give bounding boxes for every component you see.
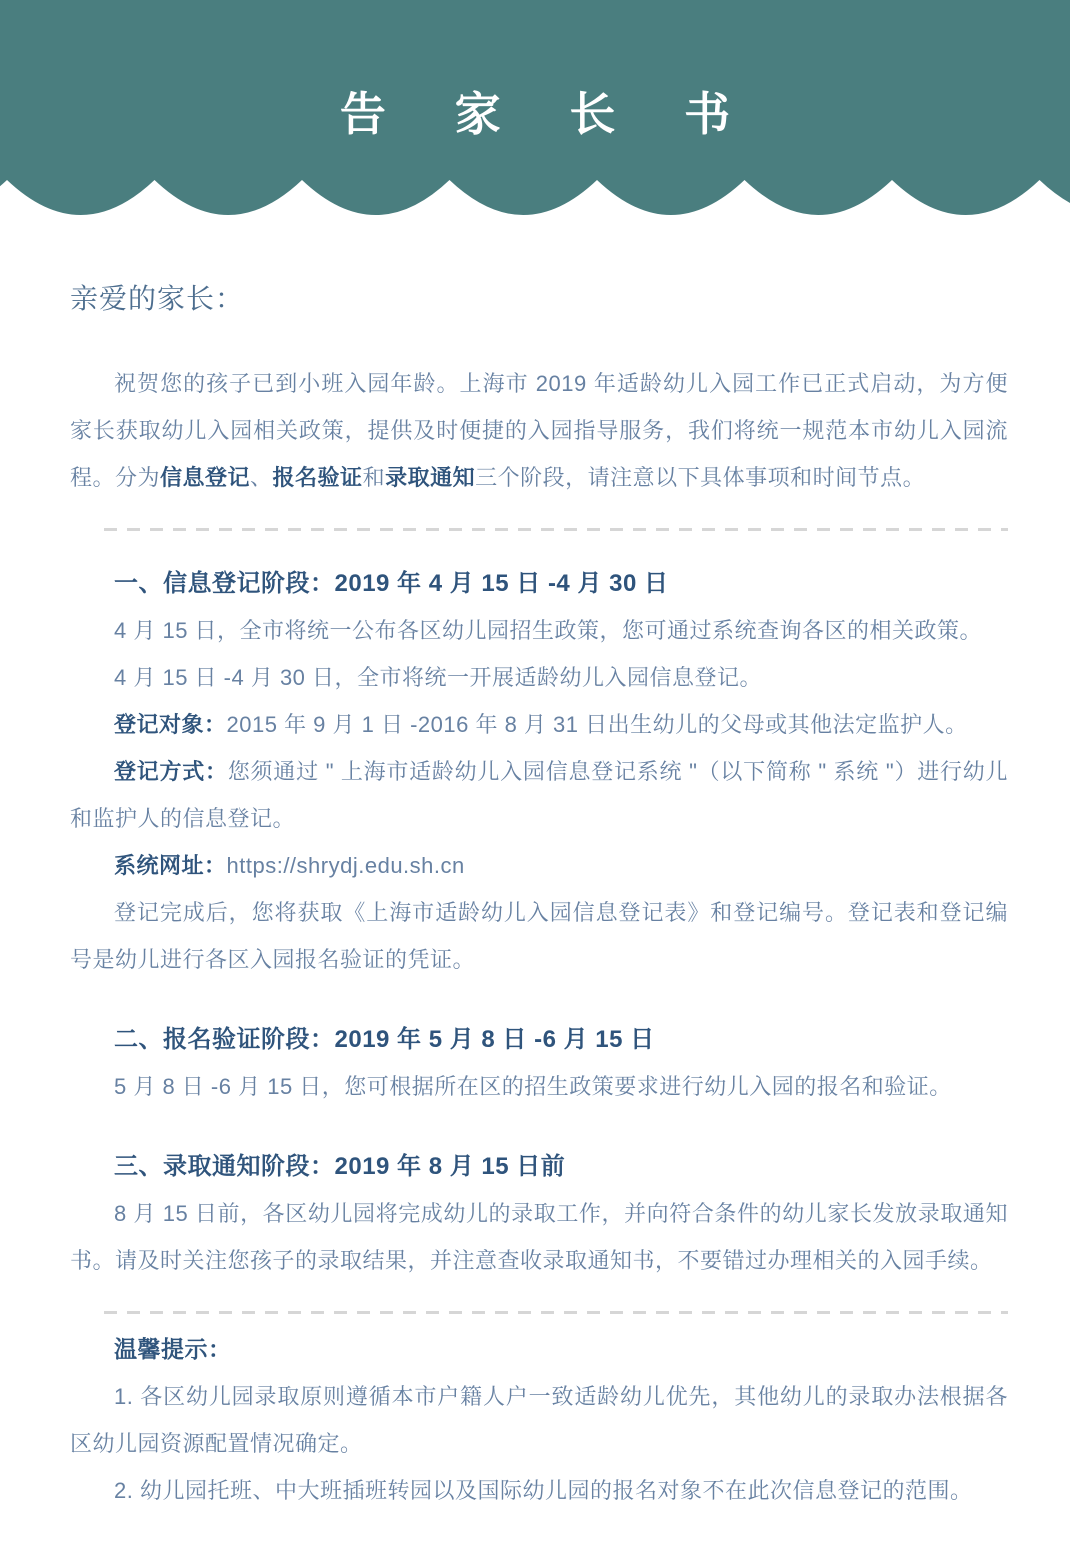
paragraph-text: 2015 年 9 月 1 日 -2016 年 8 月 31 日出生幼儿的父母或其… [227, 712, 968, 737]
registration-method-label: 登记方式： [114, 759, 228, 784]
section-1-heading: 一、信息登记阶段：2019 年 4 月 15 日 -4 月 30 日 [70, 560, 1008, 607]
dashed-divider-top [104, 528, 1008, 531]
section-2-paragraph: 5 月 8 日 -6 月 15 日，您可根据所在区的招生政策要求进行幼儿入园的报… [70, 1063, 1008, 1110]
paragraph-text: 登记完成后，您将获取《上海市适龄幼儿入园信息登记表》和登记编号。登记表和登记编号… [70, 900, 1008, 972]
section-3-paragraph: 8 月 15 日前，各区幼儿园将完成幼儿的录取工作，并向符合条件的幼儿家长发放录… [70, 1190, 1008, 1284]
paragraph-text: 2. 幼儿园托班、中大班插班转园以及国际幼儿园的报名对象不在此次信息登记的范围。 [114, 1478, 972, 1503]
paragraph-text: 5 月 8 日 -6 月 15 日，您可根据所在区的招生政策要求进行幼儿入园的报… [114, 1074, 952, 1099]
greeting: 亲爱的家长： [70, 277, 1008, 317]
letter-page: 告 家 长 书 亲爱的家长： 祝贺您的孩子已到小班入园年龄。上海市 2019 年… [0, 0, 1070, 1514]
dashed-divider-bottom [104, 1311, 1008, 1314]
intro-text-2: 三个阶段，请注意以下具体事项和时间节点。 [475, 465, 925, 490]
tips-section: 温馨提示： 1. 各区幼儿园录取原则遵循本市户籍人户一致适龄幼儿优先，其他幼儿的… [70, 1326, 1008, 1514]
paragraph-text: 1. 各区幼儿园录取原则遵循本市户籍人户一致适龄幼儿优先，其他幼儿的录取办法根据… [70, 1384, 1008, 1456]
section-3-heading: 三、录取通知阶段：2019 年 8 月 15 日前 [70, 1143, 1008, 1190]
header-banner: 告 家 长 书 [0, 0, 1070, 215]
section-info-registration: 一、信息登记阶段：2019 年 4 月 15 日 -4 月 30 日 4 月 1… [70, 560, 1008, 983]
system-url: https://shrydj.edu.sh.cn [227, 853, 465, 878]
section-1-paragraph-method: 登记方式：您须通过 " 上海市适龄幼儿入园信息登记系统 "（以下简称 " 系统 … [70, 748, 1008, 842]
paragraph-text: 4 月 15 日，全市将统一公布各区幼儿园招生政策，您可通过系统查询各区的相关政… [114, 618, 982, 643]
tips-heading: 温馨提示： [70, 1326, 1008, 1373]
section-2-heading: 二、报名验证阶段：2019 年 5 月 8 日 -6 月 15 日 [70, 1016, 1008, 1063]
section-signup-verification: 二、报名验证阶段：2019 年 5 月 8 日 -6 月 15 日 5 月 8 … [70, 1016, 1008, 1110]
intro-term-registration: 信息登记 [160, 465, 250, 490]
section-1-paragraph: 登记完成后，您将获取《上海市适龄幼儿入园信息登记表》和登记编号。登记表和登记编号… [70, 889, 1008, 983]
registration-target-label: 登记对象： [114, 712, 227, 737]
paragraph-text: 4 月 15 日 -4 月 30 日，全市将统一开展适龄幼儿入园信息登记。 [114, 665, 762, 690]
intro-term-admission: 录取通知 [385, 465, 475, 490]
intro-separator-2: 和 [363, 465, 386, 490]
tips-item-2: 2. 幼儿园托班、中大班插班转园以及国际幼儿园的报名对象不在此次信息登记的范围。 [70, 1467, 1008, 1514]
paragraph-text: 8 月 15 日前，各区幼儿园将完成幼儿的录取工作，并向符合条件的幼儿家长发放录… [70, 1201, 1008, 1273]
letter-body: 亲爱的家长： 祝贺您的孩子已到小班入园年龄。上海市 2019 年适龄幼儿入园工作… [0, 277, 1070, 1514]
section-1-paragraph: 4 月 15 日，全市将统一公布各区幼儿园招生政策，您可通过系统查询各区的相关政… [70, 607, 1008, 654]
section-admission-notice: 三、录取通知阶段：2019 年 8 月 15 日前 8 月 15 日前，各区幼儿… [70, 1143, 1008, 1284]
tips-item-1: 1. 各区幼儿园录取原则遵循本市户籍人户一致适龄幼儿优先，其他幼儿的录取办法根据… [70, 1373, 1008, 1467]
section-1-paragraph-url: 系统网址：https://shrydj.edu.sh.cn [70, 842, 1008, 889]
intro-separator-1: 、 [250, 465, 273, 490]
system-url-label: 系统网址： [114, 853, 227, 878]
page-title: 告 家 长 书 [0, 78, 1070, 144]
section-1-paragraph-target: 登记对象：2015 年 9 月 1 日 -2016 年 8 月 31 日出生幼儿… [70, 701, 1008, 748]
intro-term-verification: 报名验证 [273, 465, 363, 490]
intro-paragraph: 祝贺您的孩子已到小班入园年龄。上海市 2019 年适龄幼儿入园工作已正式启动，为… [70, 360, 1008, 501]
section-1-paragraph: 4 月 15 日 -4 月 30 日，全市将统一开展适龄幼儿入园信息登记。 [70, 654, 1008, 701]
